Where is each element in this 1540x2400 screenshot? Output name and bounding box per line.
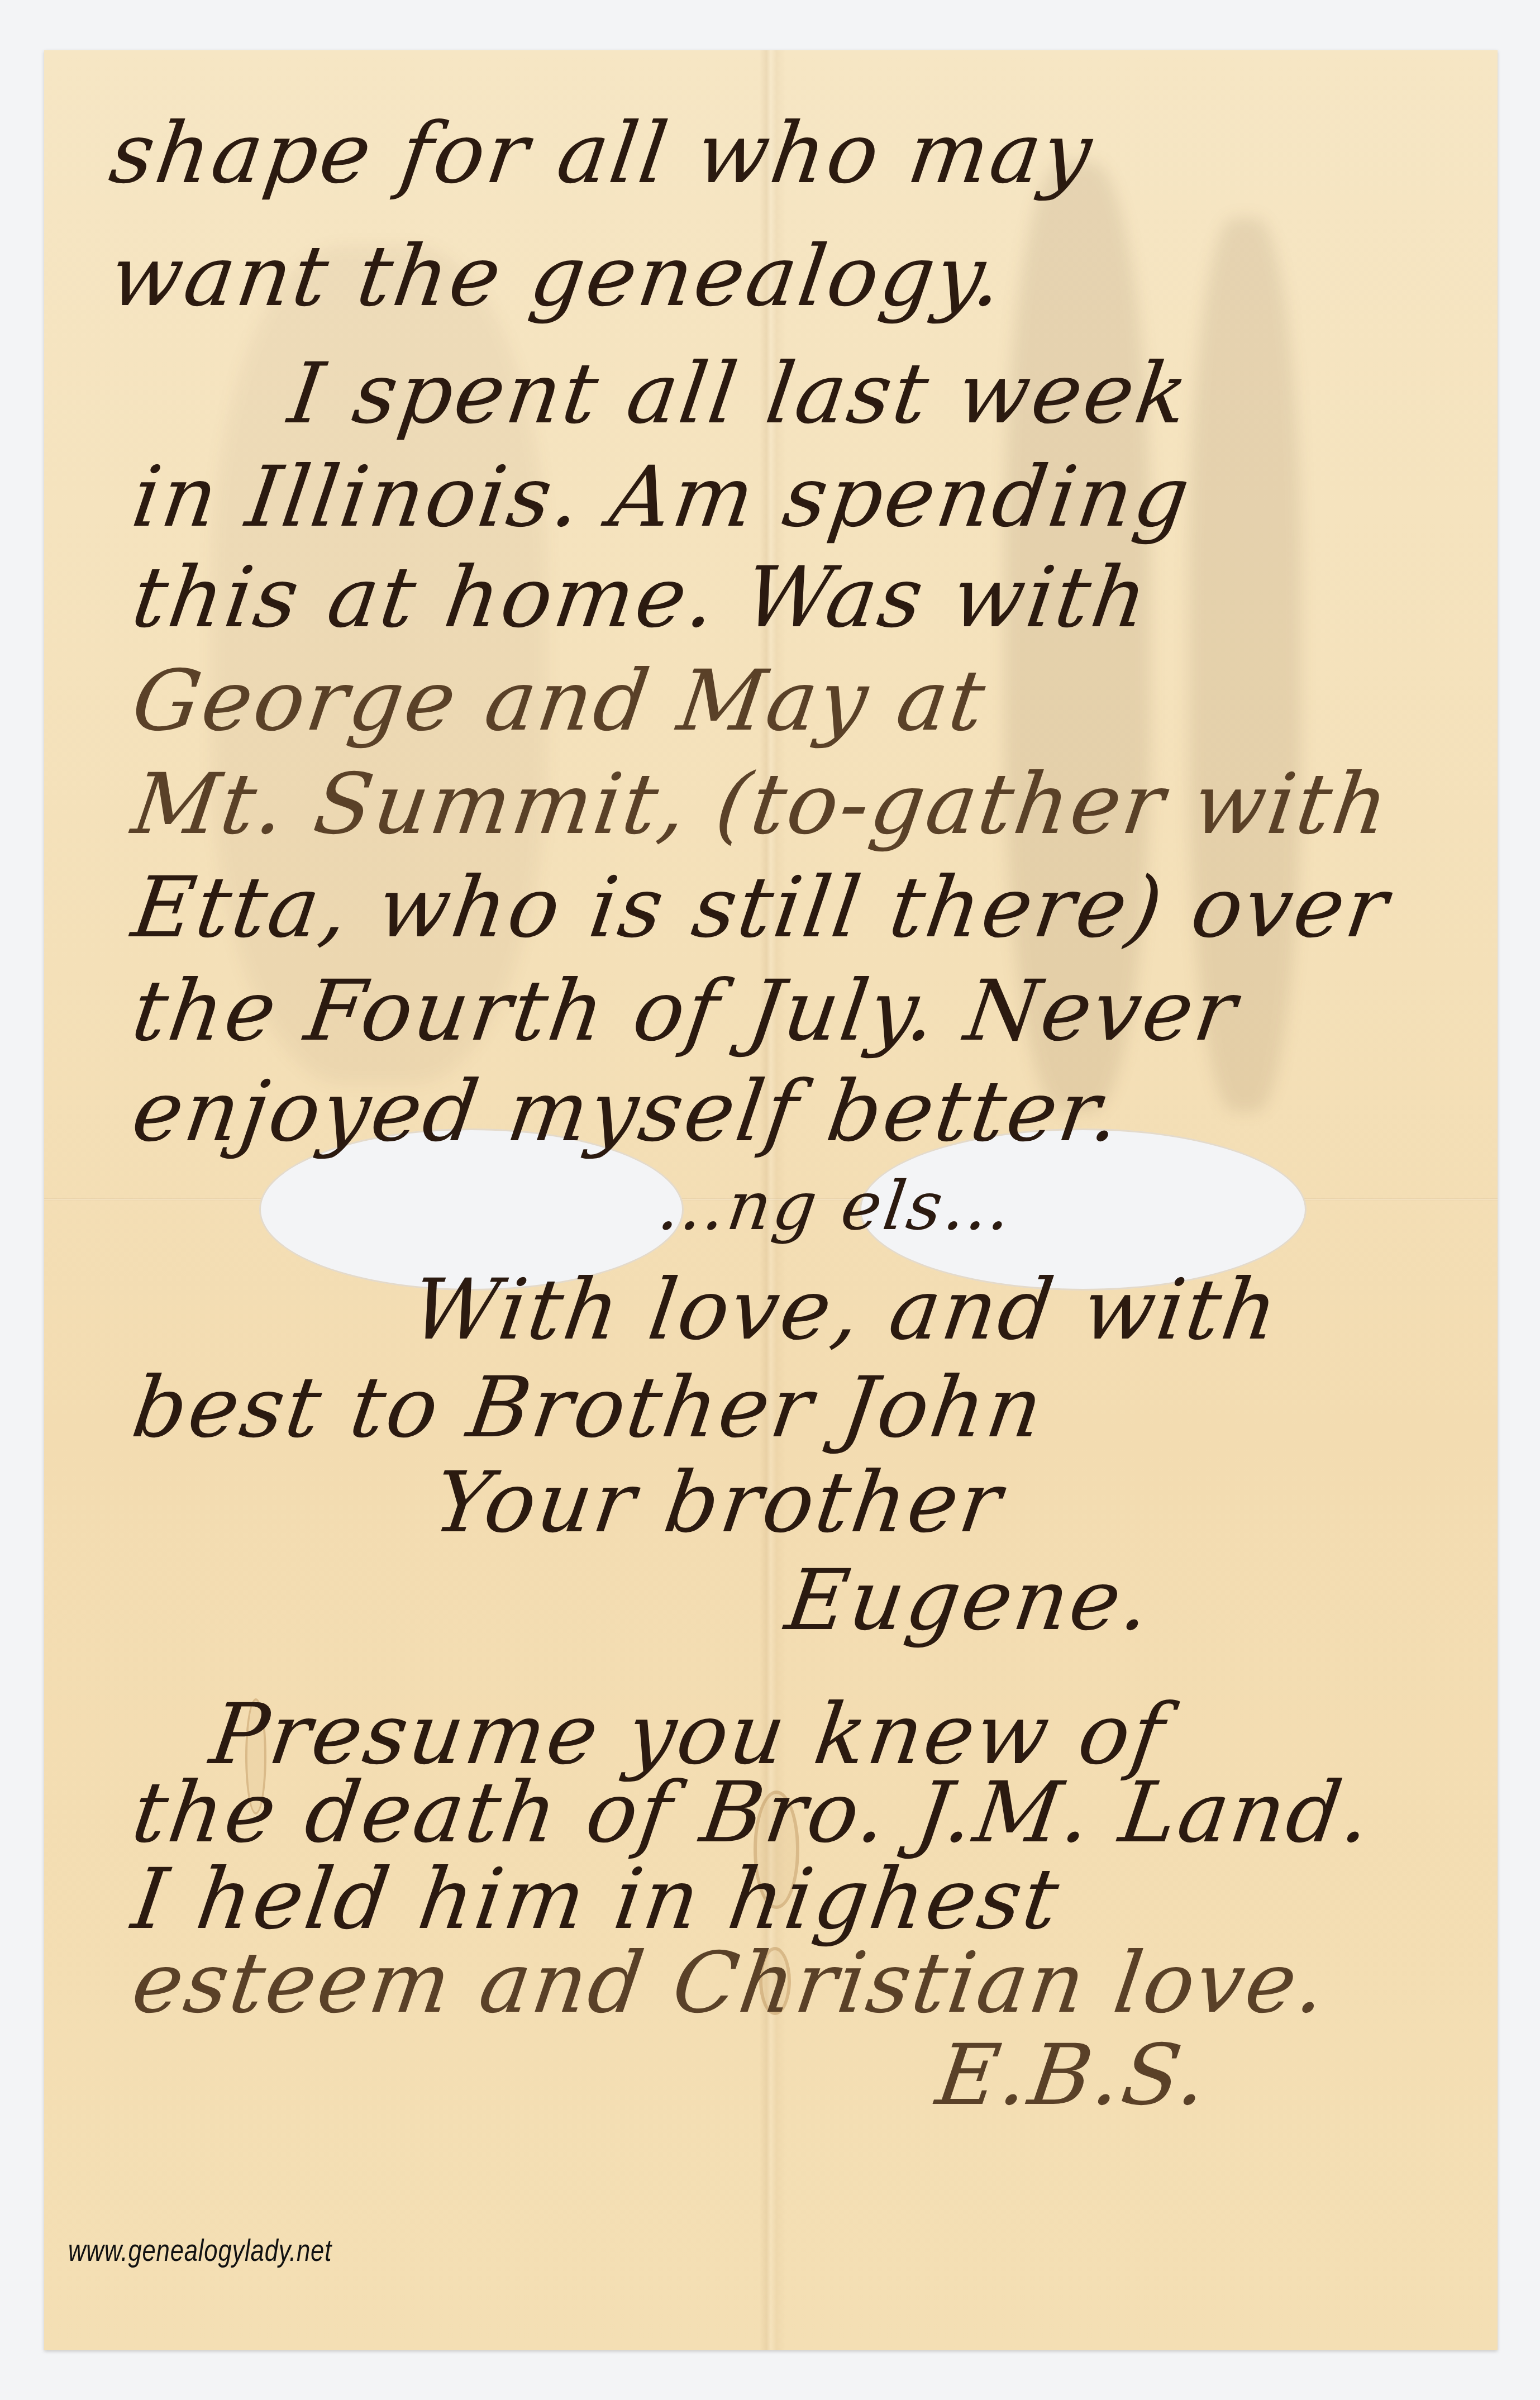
letter-line-12: With love, and with: [407, 1268, 1284, 1352]
site-watermark: www.genealogylady.net: [68, 2232, 332, 2268]
signature-eugene: Eugene.: [781, 1559, 1157, 1642]
letter-line-3: I spent all last week: [284, 352, 1195, 436]
letter-line-5: this at home. Was with: [127, 556, 1154, 640]
letter-line-1: shape for all who may: [105, 112, 1098, 196]
letter-line-9: the Fourth of July. Never: [127, 969, 1243, 1053]
letter-line-11-damaged: …ng els…: [654, 1173, 1018, 1240]
closing-your-brother: Your brother: [429, 1461, 1008, 1545]
letter-line-13: best to Brother John: [127, 1366, 1049, 1450]
letter-page: shape for all who may want the genealogy…: [44, 50, 1498, 2350]
postscript-line-3: I held him in highest: [127, 1858, 1065, 1941]
letter-line-6: George and May at: [127, 659, 991, 743]
letter-line-8: Etta, who is still there) over: [127, 866, 1394, 950]
initials-signature: E.B.S.: [932, 2034, 1214, 2117]
postscript-line-4: esteem and Christian love.: [127, 1941, 1333, 2025]
letter-line-7: Mt. Summit, (to-gather with: [127, 763, 1395, 846]
letter-line-4: in Illinois. Am spending: [127, 455, 1196, 539]
letter-line-2: want the genealogy.: [105, 235, 1009, 318]
postscript-line-2: the death of Bro. J.M. Land.: [127, 1771, 1377, 1855]
letter-line-10: enjoyed myself better.: [127, 1070, 1127, 1154]
